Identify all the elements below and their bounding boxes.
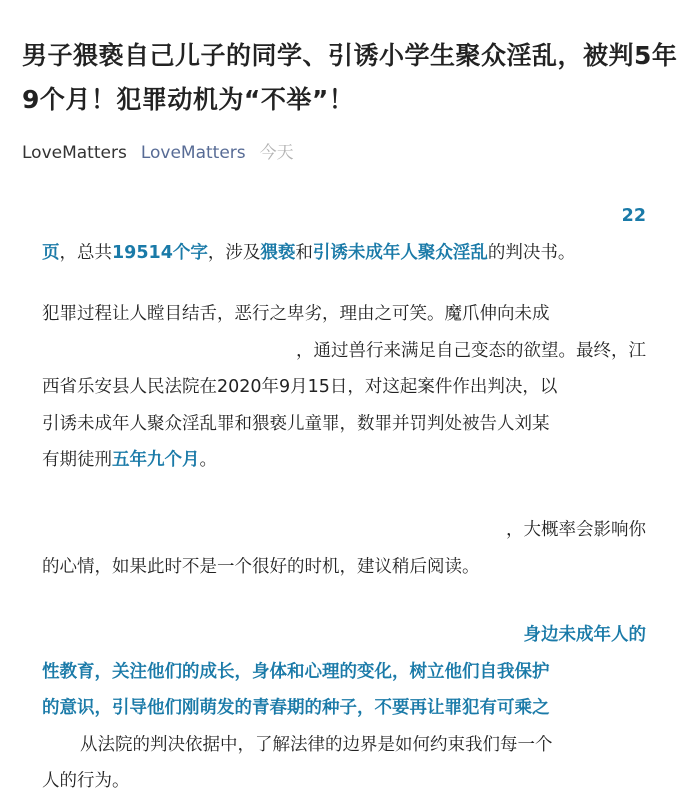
paragraph-line: 有期徒刑五年九个月。: [42, 442, 646, 479]
paragraph-line: 引诱未成年人聚众淫乱罪和猥亵儿童罪，数罪并罚判处被告人刘某: [42, 406, 646, 443]
paragraph-education: 身边未成年人的 性教育，关注他们的成长，身体和心理的变化，树立他们自我保护 的意…: [42, 617, 646, 800]
paragraph-warning: ，大概率会影响你 的心情，如果此时不是一个很好的时机，建议稍后阅读。: [42, 512, 646, 585]
paragraph-line: 页，总共19514个字，涉及猥亵和引诱未成年人聚众淫乱的判决书。: [42, 235, 646, 272]
paragraph-judgment-summary: 22 页，总共19514个字，涉及猥亵和引诱未成年人聚众淫乱的判决书。: [42, 198, 646, 271]
accent-text: 页: [42, 243, 60, 263]
page-count: 22: [42, 198, 646, 235]
paragraph-line: 身边未成年人的: [42, 617, 646, 654]
paragraph-line: 人的行为。: [42, 763, 646, 800]
accent-text: 19514个字: [112, 243, 208, 263]
paragraph-line: 犯罪过程让人瞠目结舌，恶行之卑劣，理由之可笑。魔爪伸向未成: [42, 296, 646, 333]
publish-date: 今天: [260, 143, 294, 163]
text: 有期徒刑: [42, 450, 112, 470]
article-meta: LoveMattersLoveMatters今天: [22, 142, 294, 164]
account-link[interactable]: LoveMatters: [141, 143, 246, 163]
paragraph-line: 性教育，关注他们的成长，身体和心理的变化，树立他们自我保护: [42, 654, 646, 691]
text: 。: [200, 450, 218, 470]
paragraph-crime-description: 犯罪过程让人瞠目结舌，恶行之卑劣，理由之可笑。魔爪伸向未成 ，通过兽行来满足自己…: [42, 296, 646, 479]
paragraph-line: 西省乐安县人民法院在2020年9月15日，对这起案件作出判决，以: [42, 369, 646, 406]
accent-text: 猥亵: [260, 243, 295, 263]
text: ，涉及: [208, 243, 261, 263]
accent-text: 引诱未成年人聚众淫乱: [313, 243, 488, 263]
paragraph-line: ，通过兽行来满足自己变态的欲望。最终，江: [42, 333, 646, 370]
text: 的判决书。: [488, 243, 576, 263]
article-title: 男子猥亵自己儿子的同学、引诱小学生聚众淫乱，被判5年9个月！犯罪动机为“不举”！: [22, 34, 682, 122]
paragraph-line: ，大概率会影响你: [42, 512, 646, 549]
paragraph-line: 的意识，引导他们刚萌发的青春期的种子，不要再让罪犯有可乘之: [42, 690, 646, 727]
paragraph-line: 从法院的判决依据中，了解法律的边界是如何约束我们每一个: [42, 727, 646, 764]
article-page: 男子猥亵自己儿子的同学、引诱小学生聚众淫乱，被判5年9个月！犯罪动机为“不举”！…: [0, 0, 698, 800]
text: ，总共: [60, 243, 113, 263]
author-name: LoveMatters: [22, 143, 127, 163]
paragraph-line: 的心情，如果此时不是一个很好的时机，建议稍后阅读。: [42, 549, 646, 586]
text: 和: [295, 243, 313, 263]
accent-text: 五年九个月: [112, 450, 200, 470]
